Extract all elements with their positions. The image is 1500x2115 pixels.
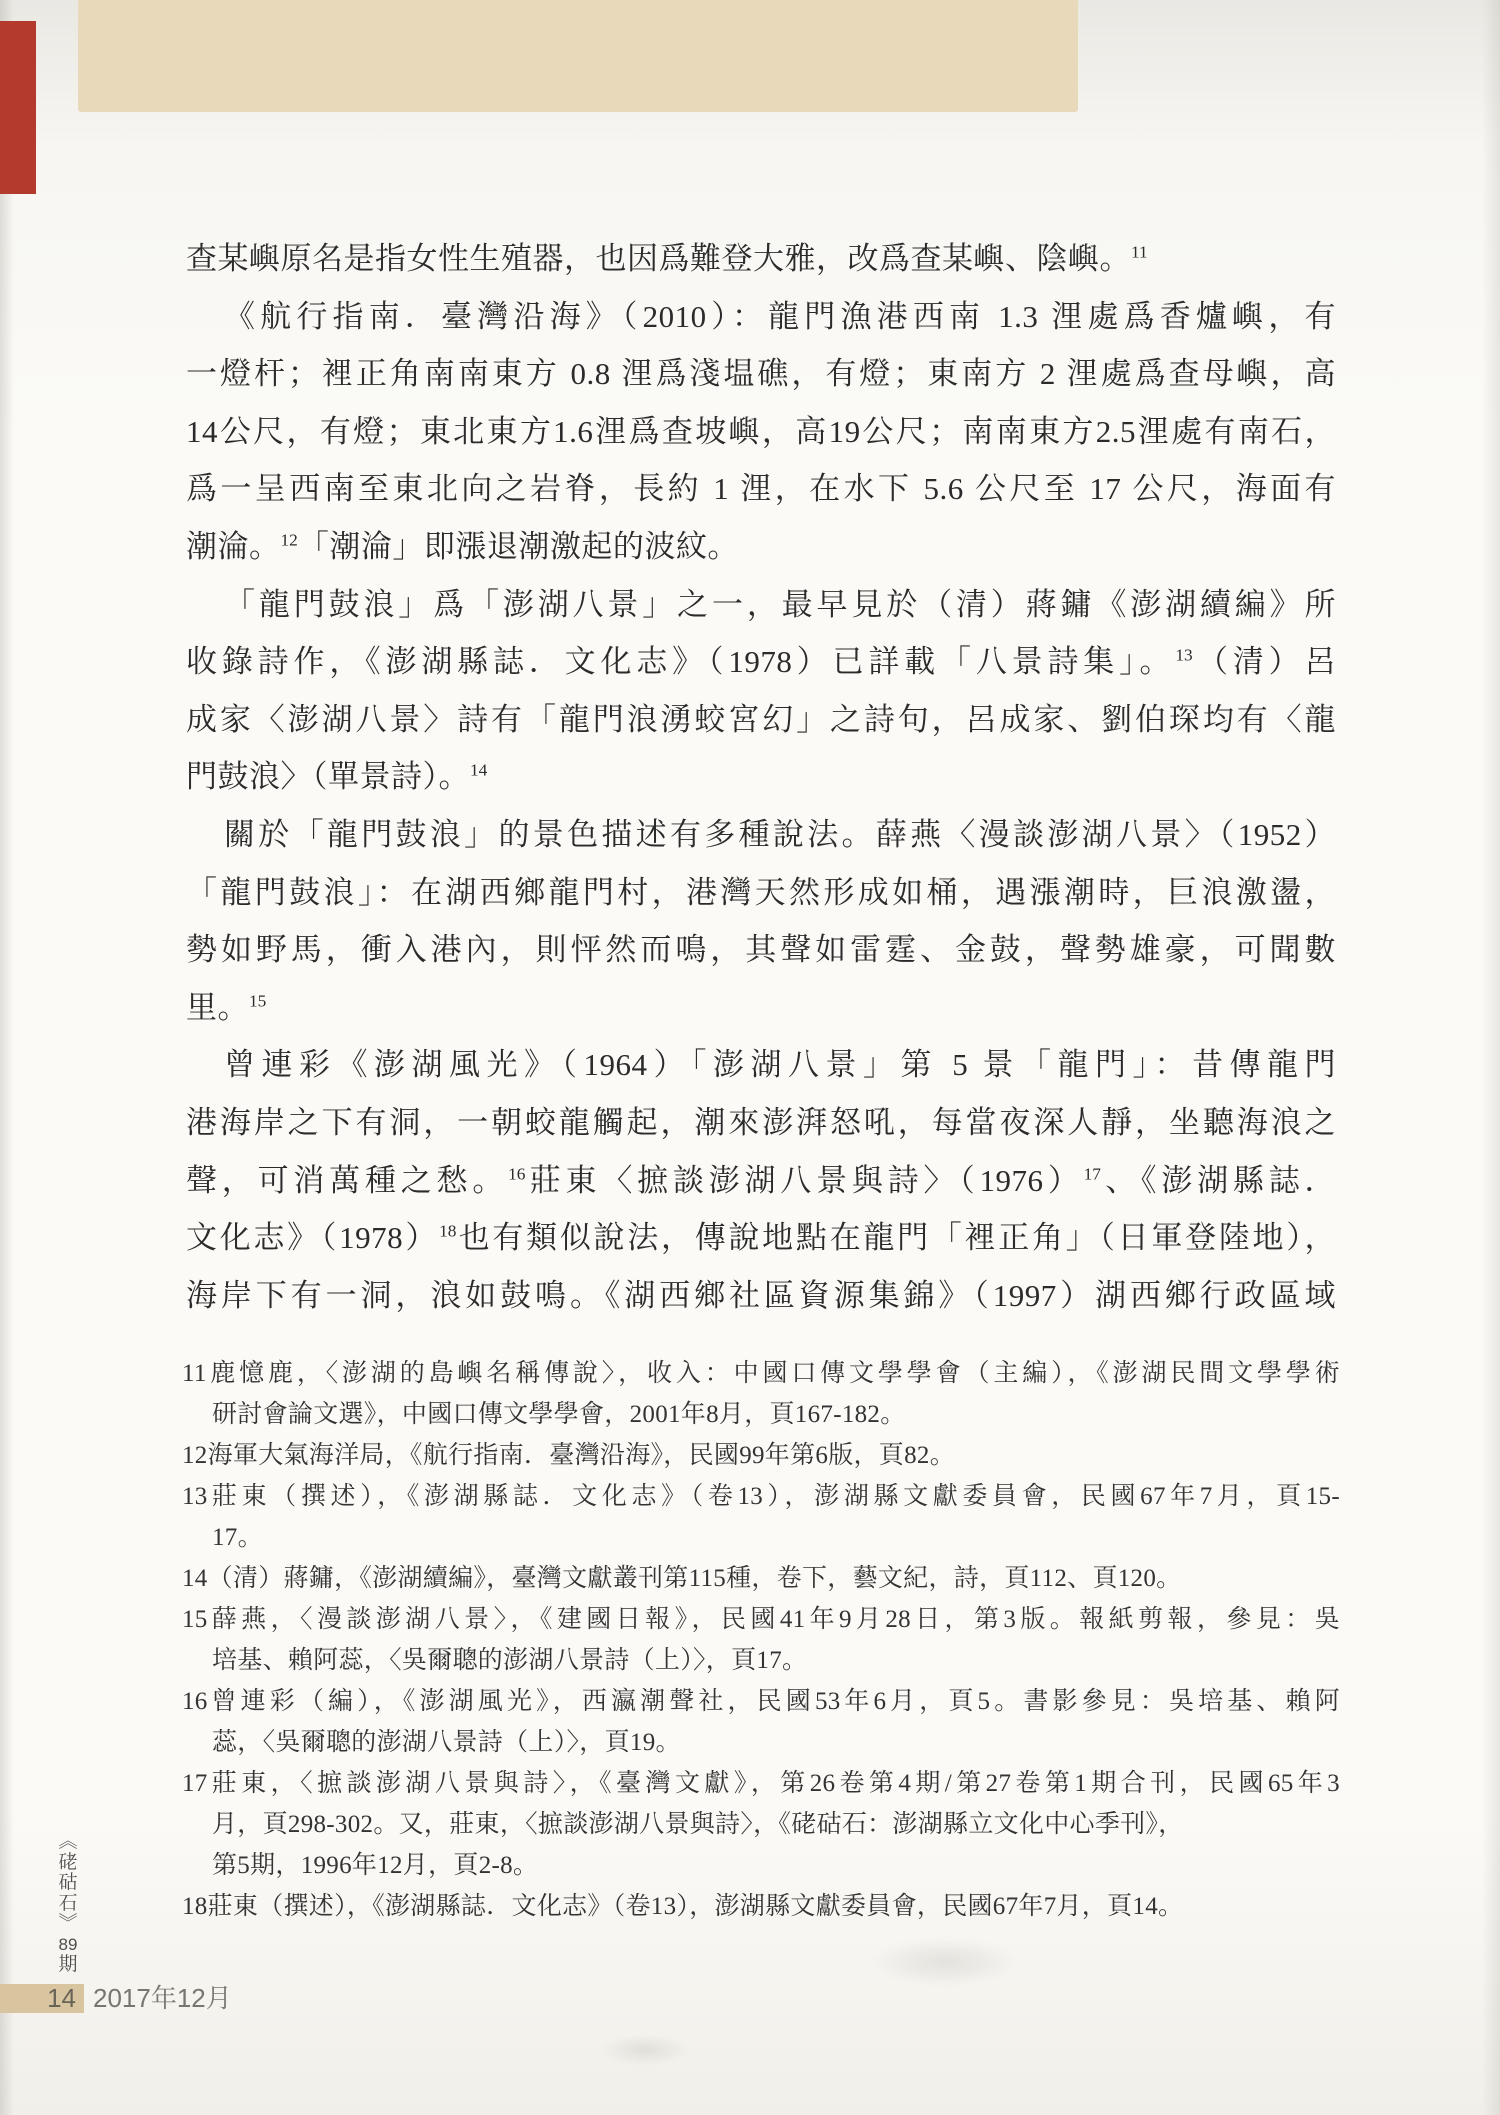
footnote-line: 11鹿憶鹿，〈澎湖的島嶼名稱傳說〉，收入：中國口傳文學學會（主編），《澎湖民間文… xyxy=(182,1353,1340,1394)
body-line: 查某嶼原名是指女性生殖器，也因爲難登大雅，改爲查某嶼、陰嶼。11 xyxy=(186,230,1336,288)
scan-smudge xyxy=(870,1938,1020,1986)
page-number-band: 14 xyxy=(0,1984,84,2013)
body-text: 查某嶼原名是指女性生殖器，也因爲難登大雅，改爲查某嶼、陰嶼。11《航行指南．臺灣… xyxy=(186,230,1336,1324)
body-line: 爲一呈西南至東北向之岩脊，長約 1 浬，在水下 5.6 公尺至 17 公尺，海面… xyxy=(186,460,1336,518)
page-number: 14 xyxy=(47,1984,76,2013)
journal-title-char: ︾ xyxy=(50,1914,86,1935)
journal-title-char: 89 xyxy=(50,1935,86,1956)
journal-title-char: 𥑮 xyxy=(50,1873,86,1894)
body-line: 14公尺，有燈；東北東方1.6浬爲查坡嶼，高19公尺；南南東方2.5浬處有南石， xyxy=(186,403,1336,461)
body-line: 港海岸之下有洞，一朝蛟龍觸起，潮來澎湃怒吼，每當夜深人靜，坐聽海浪之 xyxy=(186,1094,1336,1152)
issue-date: 2017年12月 xyxy=(93,1984,232,2013)
footnote-line: 17莊東，〈摭談澎湖八景與詩〉，《臺灣文獻》，第26卷第4期/第27卷第1期合刊… xyxy=(182,1763,1340,1804)
footnote-line: 培基、賴阿蕊，〈吳爾聰的澎湖八景詩（上）〉，頁17。 xyxy=(182,1640,1340,1681)
body-line: 「龍門鼓浪」：在湖西鄉龍門村，港灣天然形成如桶，遇漲潮時，巨浪激盪， xyxy=(186,864,1336,922)
body-line: 「龍門鼓浪」爲「澎湖八景」之一，最早見於（清）蔣鏞《澎湖續編》所 xyxy=(186,576,1336,634)
journal-title-char: 石 xyxy=(50,1894,86,1915)
journal-title-char: 硓 xyxy=(50,1853,86,1874)
body-line: 文化志》（1978）18也有類似說法，傳說地點在龍門「裡正角」（日軍登陸地）， xyxy=(186,1209,1336,1267)
body-line: 成家〈澎湖八景〉詩有「龍門浪湧蛟宮幻」之詩句，呂成家、劉伯琛均有〈龍 xyxy=(186,691,1336,749)
scan-edge-shadow-left xyxy=(0,0,14,2115)
footnote-line: 14（清）蔣鏞，《澎湖續編》，臺灣文獻叢刊第115種，卷下，藝文紀，詩，頁112… xyxy=(182,1558,1340,1599)
footnote-line: 蕊，〈吳爾聰的澎湖八景詩（上）〉，頁19。 xyxy=(182,1722,1340,1763)
footnote-line: 15薛燕，〈漫談澎湖八景〉，《建國日報》，民國41年9月28日，第3版。報紙剪報… xyxy=(182,1599,1340,1640)
footnote-line: 18莊東（撰述），《澎湖縣誌．文化志》（卷13），澎湖縣文獻委員會，民國67年7… xyxy=(182,1886,1340,1927)
body-line: 曾連彩《澎湖風光》（1964）「澎湖八景」第 5 景「龍門」：昔傳龍門 xyxy=(186,1036,1336,1094)
body-line: 潮淪。12「潮淪」即漲退潮激起的波紋。 xyxy=(186,518,1336,576)
red-spine-mark xyxy=(0,21,36,194)
footnote-line: 12海軍大氣海洋局，《航行指南．臺灣沿海》，民國99年第6版，頁82。 xyxy=(182,1435,1340,1476)
footnote-line: 研討會論文選》，中國口傳文學學會，2001年8月，頁167-182。 xyxy=(182,1394,1340,1435)
journal-title-vertical: ︽硓𥑮石︾89期 xyxy=(50,1832,86,1976)
journal-title-char: 期 xyxy=(50,1955,86,1976)
body-line: 勢如野馬，衝入港內，則怦然而鳴，其聲如雷霆、金鼓，聲勢雄豪，可聞數 xyxy=(186,921,1336,979)
body-line: 關於「龍門鼓浪」的景色描述有多種說法。薛燕〈漫談澎湖八景〉（1952） xyxy=(186,806,1336,864)
footnote-line: 月，頁298-302。又，莊東，〈摭談澎湖八景與詩〉，《硓𥑮石：澎湖縣立文化中心… xyxy=(182,1804,1340,1845)
body-line: 聲，可消萬種之愁。16莊東〈摭談澎湖八景與詩〉（1976）17、《澎湖縣誌． xyxy=(186,1152,1336,1210)
body-line: 海岸下有一洞，浪如鼓鳴。《湖西鄉社區資源集錦》（1997）湖西鄉行政區域 xyxy=(186,1267,1336,1325)
footnote-line: 16曾連彩（編），《澎湖風光》，西瀛潮聲社，民國53年6月，頁5。書影參見：吳培… xyxy=(182,1681,1340,1722)
top-tan-band xyxy=(78,0,1078,112)
body-line: 門鼓浪〉（單景詩）。14 xyxy=(186,748,1336,806)
footnote-line: 17。 xyxy=(182,1517,1340,1558)
footnotes: 11鹿憶鹿，〈澎湖的島嶼名稱傳說〉，收入：中國口傳文學學會（主編），《澎湖民間文… xyxy=(182,1353,1340,1927)
body-line: 收錄詩作，《澎湖縣誌．文化志》（1978）已詳載「八景詩集」。13（清）呂 xyxy=(186,633,1336,691)
footnote-line: 13莊東（撰述），《澎湖縣誌．文化志》（卷13），澎湖縣文獻委員會，民國67年7… xyxy=(182,1476,1340,1517)
body-line: 《航行指南．臺灣沿海》（2010）：龍門漁港西南 1.3 浬處爲香爐嶼，有 xyxy=(186,288,1336,346)
footnote-line: 第5期，1996年12月，頁2-8。 xyxy=(182,1845,1340,1886)
journal-title-char: ︽ xyxy=(50,1832,86,1853)
body-line: 里。15 xyxy=(186,979,1336,1037)
scan-smudge xyxy=(600,2035,690,2065)
body-line: 一燈杆；裡正角南南東方 0.8 浬爲淺塭礁，有燈；東南方 2 浬處爲查母嶼，高 xyxy=(186,345,1336,403)
scan-edge-shadow-right xyxy=(1482,0,1500,2115)
scanned-page: 查某嶼原名是指女性生殖器，也因爲難登大雅，改爲查某嶼、陰嶼。11《航行指南．臺灣… xyxy=(0,0,1500,2115)
